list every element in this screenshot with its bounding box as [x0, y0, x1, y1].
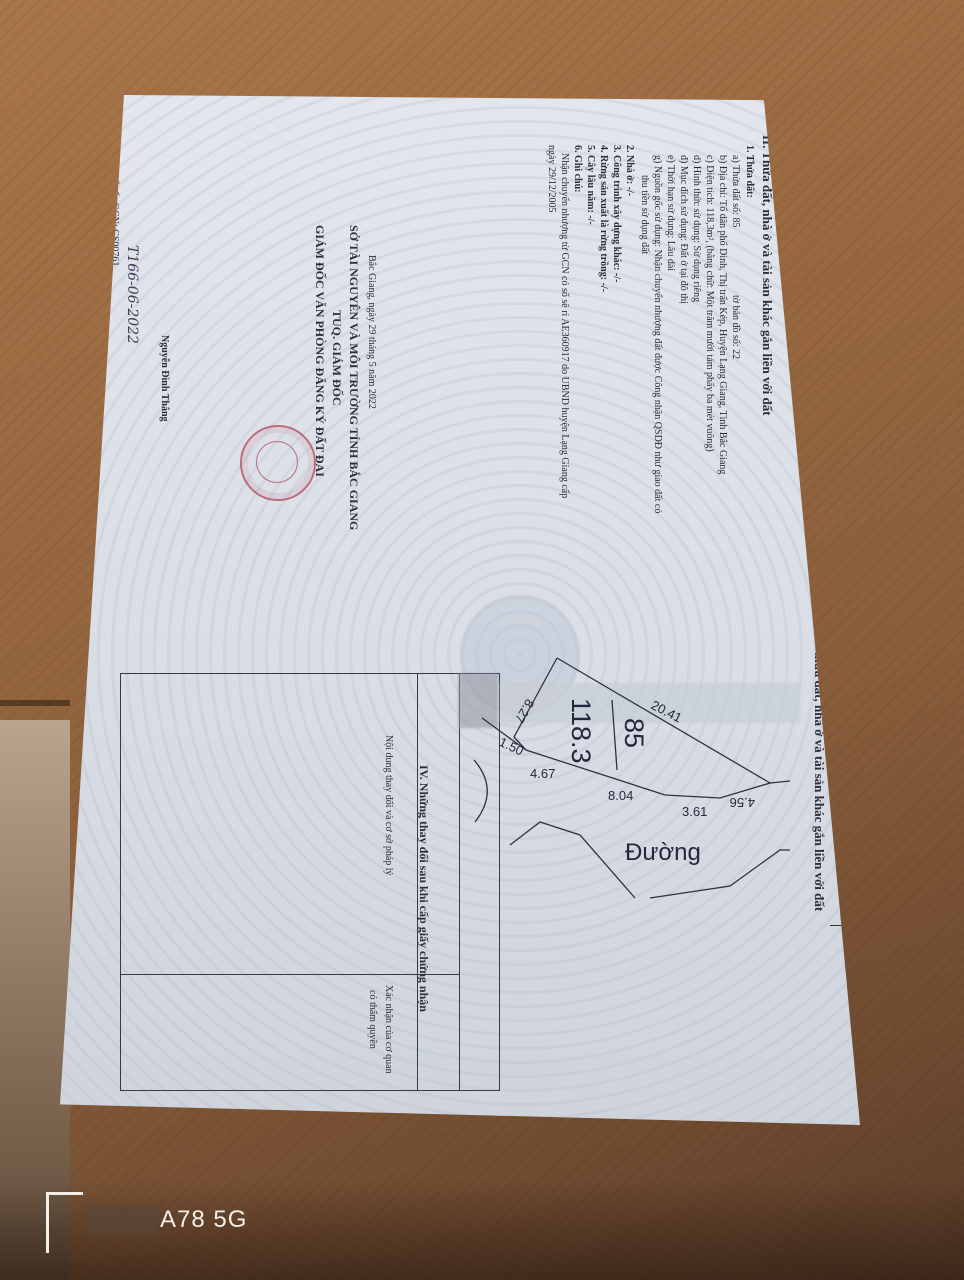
- item-notes-text: Nhận chuyển nhượng từ GCN có số sê ri AE…: [558, 153, 570, 498]
- parcel-diagram: 118.3 85 8.27 20.41 4.56 3.61 8.04 4.67 …: [460, 640, 800, 900]
- col-confirm-header-1: Xác nhận của cơ quan: [382, 985, 394, 1074]
- item-term: e) Thời hạn sử dụng: Lâu dài: [664, 155, 676, 271]
- curve-left: [474, 760, 487, 822]
- parcel-number: 85: [619, 718, 649, 748]
- item-map-sheet: tờ bản đồ số: 22: [729, 295, 741, 359]
- red-seal: [240, 425, 316, 501]
- section-ii-title: II. Thửa đất, nhà ở và tài sản khác gắn …: [760, 135, 775, 416]
- item-other-works: 3. Công trình xây dựng khác: -/-: [610, 145, 622, 282]
- edge-8-27: 8.27: [512, 697, 538, 726]
- item-house: 2. Nhà ở: -/-: [623, 145, 635, 196]
- camera-logo-icon: [46, 1192, 83, 1253]
- item-parcel: 1. Thửa đất:: [743, 145, 755, 198]
- item-origin: g) Nguồn gốc sử dụng: Nhận chuyển nhượng…: [651, 155, 663, 513]
- registry-number: Số vào sổ cấp GCN: CS00761: [108, 145, 120, 266]
- issuing-org: SỞ TÀI NGUYÊN VÀ MÔI TRƯỜNG TỈNH BẮC GIA…: [347, 225, 361, 530]
- place-date: Bắc Giang, ngày 29 tháng 5 năm 2022: [365, 255, 377, 409]
- camera-watermark: A78 5G: [160, 1206, 247, 1234]
- redacted-brand: [88, 1205, 158, 1235]
- section-iii-title: III. Sơ đồ thửa đất, nhà ở và tài sản kh…: [812, 595, 827, 911]
- floor-seam: [0, 700, 70, 706]
- edge-20-41: 20.41: [649, 697, 685, 725]
- road-label: Đường: [625, 839, 701, 866]
- road-edge-upper: [510, 822, 635, 898]
- certificate-page: II. Thửa đất, nhà ở và tài sản khác gắn …: [60, 95, 860, 1125]
- signer-name: Nguyễn Đình Thắng: [158, 335, 170, 422]
- tuq-label: TUQ. GIÁM ĐỐC: [330, 310, 344, 406]
- section-iv-title: IV. Những thay đổi sau khi cấp giấy chứn…: [417, 765, 431, 1012]
- handwritten-date: T166-06-2022: [124, 245, 140, 344]
- label-divider: [612, 700, 617, 770]
- item-notes-date: ngày 29/12/2005: [545, 145, 557, 213]
- item-perennial: 5. Cây lâu năm: -/-: [584, 145, 596, 225]
- seal-center: [256, 441, 298, 483]
- edge-1-50: 1.50: [497, 734, 526, 758]
- edge-4-56: 4.56: [730, 795, 755, 810]
- parcel-area: 118.3: [566, 698, 596, 764]
- edge-8-04: 8.04: [608, 788, 633, 803]
- scale-mark: [830, 925, 870, 926]
- item-area: c) Diện tích: 118,3m², (bằng chữ: Một tr…: [703, 155, 715, 452]
- edge-extension: [770, 781, 790, 783]
- col-content-header: Nội dung thay đổi và cơ sở pháp lý: [382, 735, 394, 876]
- changes-table: [120, 673, 500, 1091]
- item-forest: 4. Rừng sản xuất là rừng trồng: -/-: [597, 145, 609, 292]
- item-address: b) Địa chỉ: Tổ dân phố Dinh, Thị trấn Ké…: [716, 155, 728, 474]
- table-divider-h: [121, 974, 459, 975]
- office-position: GIÁM ĐỐC VĂN PHÒNG ĐĂNG KÝ ĐẤT ĐAI: [313, 225, 327, 477]
- edge-3-61: 3.61: [682, 804, 707, 819]
- item-purpose: đ) Mục đích sử dụng: Đất ở tại đô thị: [677, 155, 689, 304]
- item-usage-form: d) Hình thức sử dụng: Sử dụng riêng: [690, 155, 702, 302]
- section-ii-items: 1. Thửa đất: a) Thửa đất số: 85 tờ bản đ…: [540, 145, 755, 545]
- edge-4-67: 4.67: [530, 766, 555, 781]
- col-confirm-header-2: có thẩm quyền: [366, 990, 378, 1049]
- item-origin-cont: thu tiền sử dụng đất: [638, 175, 650, 254]
- item-notes: 6. Ghi chú:: [571, 145, 583, 193]
- item-parcel-number: a) Thửa đất số: 85: [729, 155, 741, 227]
